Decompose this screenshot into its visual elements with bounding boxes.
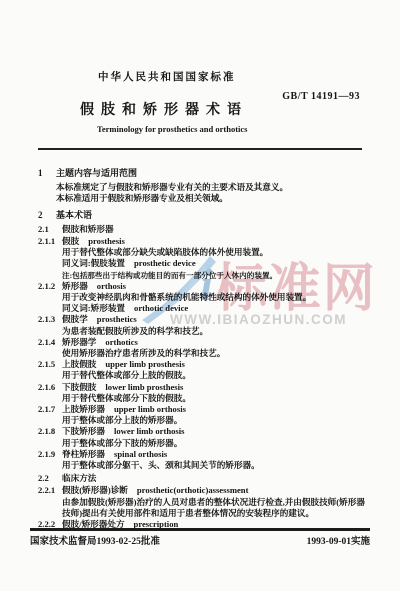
synonym-label: 同义词:假肢装置 <box>62 258 125 268</box>
term-english: prosthetic(orthotic)assessment <box>137 485 249 495</box>
term-number: 2.1.5 <box>38 359 62 370</box>
term-definition: 用于整体或部分上肢的矫形器。 <box>62 415 368 426</box>
term-entry: 2.2.1假肢(矫形器)诊断prosthetic(orthotic)assess… <box>38 485 368 519</box>
term-entry: 2.1.7上肢矫形器upper limb orthosis用于整体或部分上肢的矫… <box>38 404 368 426</box>
term-entry: 2.1.8下肢矫形器lower limb orthosis用于整体或部分下肢的矫… <box>38 426 368 448</box>
term-entry: 2.1.6下肢假肢lower limb prosthesis用于替代整体或部分下… <box>38 382 368 404</box>
term-definition: 用于替代整体或部分下肢的假肢。 <box>62 393 368 404</box>
synonym-line: 同义词:假肢装置prosthetic device <box>62 258 368 269</box>
section-number: 1 <box>38 168 56 179</box>
term-chinese: 下肢矫形器 <box>62 426 105 436</box>
term-line: 2.2.1假肢(矫形器)诊断prosthetic(orthotic)assess… <box>38 485 368 496</box>
footer-divider <box>30 528 370 531</box>
term-chinese: 上肢矫形器 <box>62 404 105 414</box>
term-note: 注:包括那些出于结构或功能目的而有一部分位于人体内的装置。 <box>62 270 368 281</box>
document-title-en: Terminology for prosthetics and orthotic… <box>97 124 247 134</box>
term-english: lower limb orthosis <box>114 426 185 436</box>
section-heading: 2基本术语 <box>38 210 368 221</box>
synonym-english: prosthetic device <box>134 258 196 268</box>
term-english: upper limb orthosis <box>114 404 186 414</box>
term-number: 2.1.9 <box>38 449 62 460</box>
paragraph: 本标准规定了与假肢和矫形器专业有关的主要术语及其意义。 <box>56 182 368 193</box>
term-entry: 2.1.2矫形器orthosis用于改变神经肌肉和骨骼系统的机能特性或结构的体外… <box>38 281 368 315</box>
subsection-number: 2.2 <box>38 473 62 484</box>
term-definition: 使用矫形器治疗患者所涉及的科学和技艺。 <box>62 348 368 359</box>
paragraph: 本标准适用于假肢和矫形器专业及相关领域。 <box>56 193 368 204</box>
term-definition: 由参加假肢(矫形器)治疗的人员对患者的整体状况进行检查,并由假肢技师(矫形器技师… <box>62 497 368 519</box>
term-number: 2.1.4 <box>38 337 62 348</box>
term-english: upper limb prosthesis <box>105 359 184 369</box>
subsection-title: 假肢和矫形器 <box>62 224 114 234</box>
term-number: 2.1.2 <box>38 281 62 292</box>
document-title-cn: 假肢和矫形器术语 <box>80 99 248 119</box>
term-english: orthotics <box>105 337 137 347</box>
term-english: orthosis <box>97 281 126 291</box>
term-chinese: 上肢假肢 <box>62 359 96 369</box>
document-page: 中华人民共和国国家标准 GB/T 14191—93 假肢和矫形器术语 Termi… <box>0 0 400 591</box>
implementation-date: 1993-09-01实施 <box>307 533 370 547</box>
term-entry: 2.1.9脊柱矫形器spinal orthosis用于整体或部分躯干、头、颈和其… <box>38 449 368 471</box>
term-chinese: 矫形器学 <box>62 337 96 347</box>
term-number: 2.1.3 <box>38 314 62 325</box>
term-definition: 为患者装配假肢所涉及的科学和技艺。 <box>62 326 368 337</box>
term-entry: 2.1.4矫形器学orthotics使用矫形器治疗患者所涉及的科学和技艺。 <box>38 337 368 359</box>
section-title: 基本术语 <box>56 210 92 220</box>
term-definition: 用于替代整体或部分上肢的假肢。 <box>62 370 368 381</box>
subsection-heading: 2.1假肢和矫形器 <box>38 224 368 235</box>
term-chinese: 下肢假肢 <box>62 382 96 392</box>
term-definition: 用于替代整体或部分缺失或缺陷肢体的体外使用装置。 <box>62 247 368 258</box>
term-definition: 用于整体或部分下肢的矫形器。 <box>62 438 368 449</box>
header-divider <box>38 148 362 150</box>
term-english: spinal orthosis <box>114 449 167 459</box>
term-line: 2.1.7上肢矫形器upper limb orthosis <box>38 404 368 415</box>
term-chinese: 脊柱矫形器 <box>62 449 105 459</box>
term-line: 2.1.9脊柱矫形器spinal orthosis <box>38 449 368 460</box>
section-title: 主题内容与适用范围 <box>56 168 137 178</box>
term-number: 2.1.1 <box>38 236 62 247</box>
term-line: 2.1.5上肢假肢upper limb prosthesis <box>38 359 368 370</box>
section-number: 2 <box>38 210 56 221</box>
term-entry: 2.1.1假肢prosthesis用于替代整体或部分缺失或缺陷肢体的体外使用装置… <box>38 236 368 281</box>
term-chinese: 矫形器 <box>62 281 88 291</box>
synonym-english: orthotic device <box>134 303 188 313</box>
term-chinese: 假肢学 <box>62 314 88 324</box>
term-chinese: 假肢 <box>62 236 79 246</box>
term-entry: 2.1.5上肢假肢upper limb prosthesis用于替代整体或部分上… <box>38 359 368 381</box>
term-english: prosthetics <box>97 314 137 324</box>
term-line: 2.1.1假肢prosthesis <box>38 236 368 247</box>
term-line: 2.1.8下肢矫形器lower limb orthosis <box>38 426 368 437</box>
term-number: 2.1.7 <box>38 404 62 415</box>
term-definition: 用于整体或部分躯干、头、颈和其间关节的矫形器。 <box>62 460 368 471</box>
footer: 国家技术监督局1993-02-25批准 1993-09-01实施 <box>30 533 370 547</box>
synonym-label: 同义词:矫形装置 <box>62 303 125 313</box>
approval-text: 国家技术监督局1993-02-25批准 <box>30 533 160 547</box>
document-body: 1主题内容与适用范围本标准规定了与假肢和矫形器专业有关的主要术语及其意义。本标准… <box>38 163 368 530</box>
term-definition: 用于改变神经肌肉和骨骼系统的机能特性或结构的体外使用装置。 <box>62 292 368 303</box>
synonym-line: 同义词:矫形装置orthotic device <box>62 303 368 314</box>
subsection-number: 2.1 <box>38 224 62 235</box>
term-english: prosthesis <box>88 236 125 246</box>
standard-number: GB/T 14191—93 <box>282 91 360 102</box>
term-english: lower limb prosthesis <box>105 382 183 392</box>
term-line: 2.1.3假肢学prosthetics <box>38 314 368 325</box>
term-line: 2.1.6下肢假肢lower limb prosthesis <box>38 382 368 393</box>
term-line: 2.1.2矫形器orthosis <box>38 281 368 292</box>
term-number: 2.1.8 <box>38 426 62 437</box>
term-number: 2.1.6 <box>38 382 62 393</box>
subsection-title: 临床方法 <box>62 473 96 483</box>
term-line: 2.1.4矫形器学orthotics <box>38 337 368 348</box>
section-heading: 1主题内容与适用范围 <box>38 168 368 179</box>
term-entry: 2.1.3假肢学prosthetics为患者装配假肢所涉及的科学和技艺。 <box>38 314 368 336</box>
term-number: 2.2.1 <box>38 485 62 496</box>
national-standard-label: 中华人民共和国国家标准 <box>98 69 236 84</box>
subsection-heading: 2.2临床方法 <box>38 473 368 484</box>
term-chinese: 假肢(矫形器)诊断 <box>62 485 128 495</box>
